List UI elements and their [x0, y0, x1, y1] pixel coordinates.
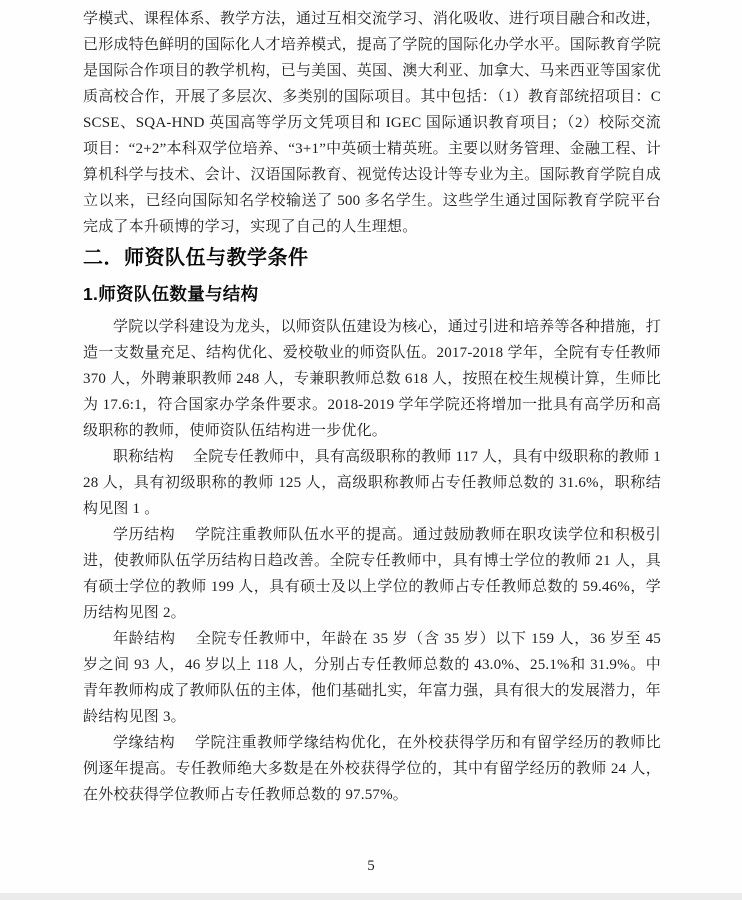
scan-edge-strip [0, 893, 742, 900]
paragraph-age-structure: 年龄结构 全院专任教师中，年龄在 35 岁（含 35 岁）以下 159 人，36… [83, 626, 661, 730]
document-page: 学模式、课程体系、教学方法，通过互相交流学习、消化吸收、进行项目融合和改进，已形… [0, 0, 742, 900]
paragraph-academic-origin-structure: 学缘结构 学院注重教师学缘结构优化，在外校获得学历和有留学经历的教师比例逐年提高… [83, 730, 661, 808]
paragraph-faculty-overview: 学院以学科建设为龙头，以师资队伍建设为核心，通过引进和培养等各种措施，打造一支数… [83, 314, 661, 444]
paragraph-title-rank-structure: 职称结构 全院专任教师中，具有高级职称的教师 117 人，具有中级职称的教师 1… [83, 444, 661, 522]
page-number: 5 [0, 858, 742, 875]
section-heading-faculty-and-teaching-conditions: 二．师资队伍与教学条件 [83, 244, 661, 272]
subsection-heading-faculty-size-structure: 1.师资队伍数量与结构 [83, 282, 661, 306]
page-content: 学模式、课程体系、教学方法，通过互相交流学习、消化吸收、进行项目融合和改进，已形… [83, 6, 661, 808]
paragraph-degree-structure: 学历结构 学院注重教师队伍水平的提高。通过鼓励教师在职攻读学位和积极引进，使教师… [83, 522, 661, 626]
intro-paragraph: 学模式、课程体系、教学方法，通过互相交流学习、消化吸收、进行项目融合和改进，已形… [83, 6, 661, 240]
